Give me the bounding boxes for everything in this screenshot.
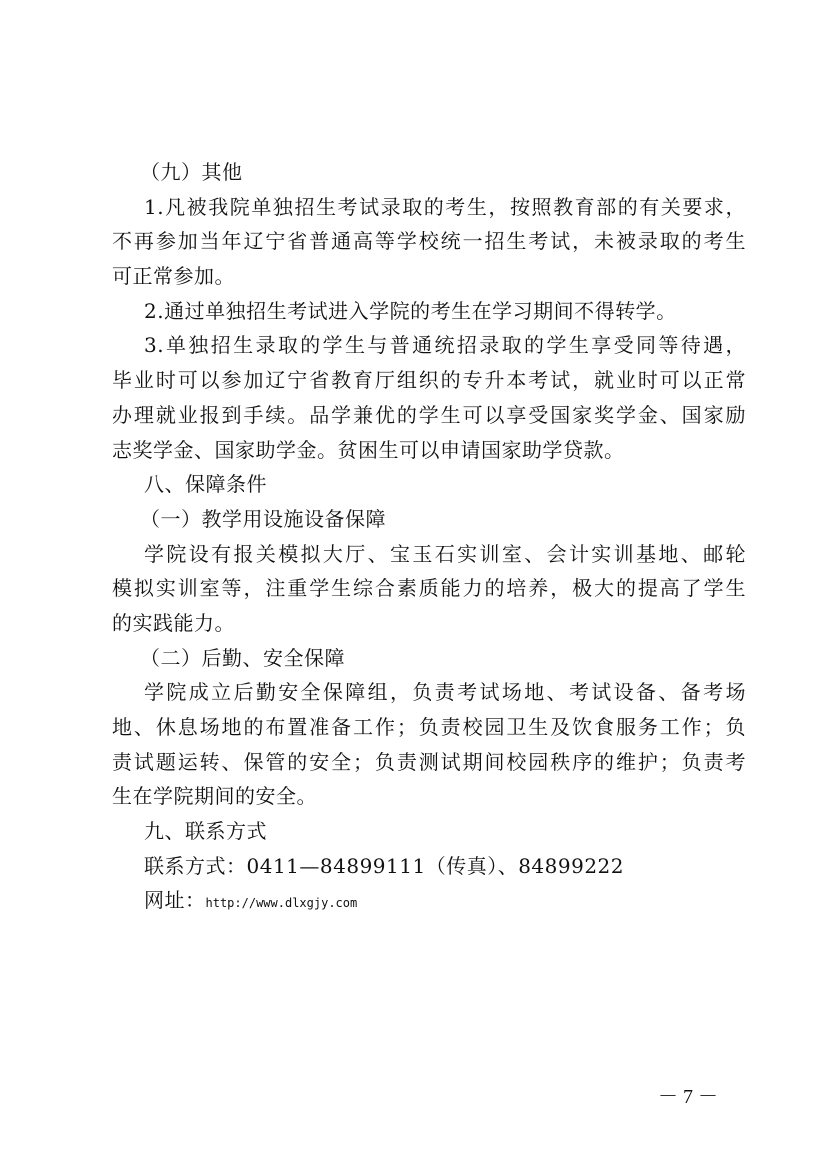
paragraph-line: 可正常参加。 — [112, 259, 746, 294]
contact-line: 联系方式：0411—84899111（传真）、84899222 — [112, 849, 746, 884]
contact-label: 联系方式： — [144, 854, 247, 878]
section-heading-guarantees: 八、保障条件 — [112, 467, 746, 502]
section-heading-contact: 九、联系方式 — [112, 814, 746, 849]
paragraph-line: 的实践能力。 — [112, 606, 746, 641]
paragraph-line: 志奖学金、国家助学金。贫困生可以申请国家助学贷款。 — [112, 433, 746, 468]
page-number: － 7 － — [658, 1080, 718, 1109]
website-label: 网址： — [144, 888, 206, 912]
website-link[interactable]: http://www.dlxgjy.com — [206, 896, 358, 910]
paragraph-line: 不再参加当年辽宁省普通高等学校统一招生考试，未被录取的考生 — [112, 224, 746, 259]
website-line: 网址：http://www.dlxgjy.com — [112, 883, 746, 918]
document-page: （九）其他 1.凡被我院单独招生考试录取的考生，按照教育部的有关要求， 不再参加… — [0, 0, 826, 1169]
paragraph-line: 责试题运转、保管的安全；负责测试期间校园秩序的维护；负责考 — [112, 745, 746, 780]
paragraph-line: 生在学院期间的安全。 — [112, 779, 746, 814]
paragraph-line: 学院成立后勤安全保障组，负责考试场地、考试设备、备考场 — [112, 675, 746, 710]
subsection-heading-logistics: （二）后勤、安全保障 — [112, 641, 746, 676]
paragraph-line: 3.单独招生录取的学生与普通统招录取的学生享受同等待遇， — [112, 328, 746, 363]
paragraph-line: 1.凡被我院单独招生考试录取的考生，按照教育部的有关要求， — [112, 190, 746, 225]
subsection-heading-other: （九）其他 — [112, 155, 746, 190]
paragraph-line: 办理就业报到手续。品学兼优的学生可以享受国家奖学金、国家励 — [112, 398, 746, 433]
paragraph-line: 2.通过单独招生考试进入学院的考生在学习期间不得转学。 — [112, 294, 746, 329]
paragraph-line: 地、休息场地的布置准备工作；负责校园卫生及饮食服务工作；负 — [112, 710, 746, 745]
contact-phone: 0411—84899111（传真）、84899222 — [247, 854, 625, 878]
paragraph-line: 学院设有报关模拟大厅、宝玉石实训室、会计实训基地、邮轮 — [112, 537, 746, 572]
subsection-heading-facilities: （一）教学用设施设备保障 — [112, 502, 746, 537]
paragraph-line: 模拟实训室等，注重学生综合素质能力的培养，极大的提高了学生 — [112, 571, 746, 606]
page-content: （九）其他 1.凡被我院单独招生考试录取的考生，按照教育部的有关要求， 不再参加… — [112, 155, 746, 918]
paragraph-line: 毕业时可以参加辽宁省教育厅组织的专升本考试，就业时可以正常 — [112, 363, 746, 398]
